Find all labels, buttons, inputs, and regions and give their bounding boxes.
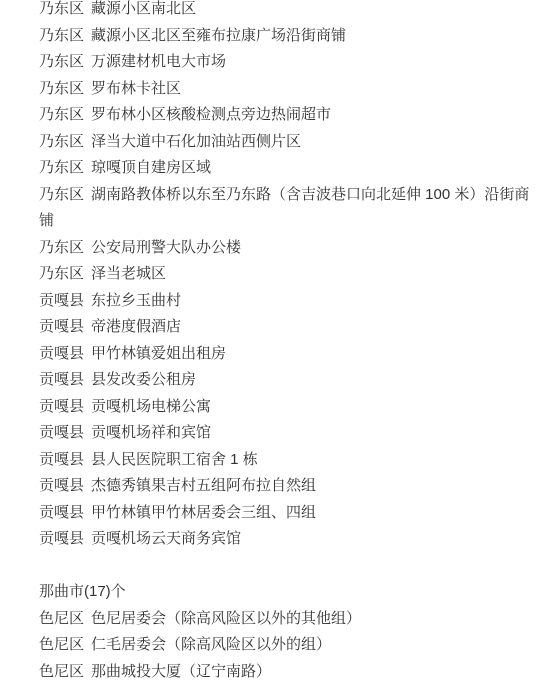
district-label: 贡嘎县 [39,318,84,335]
list-item: 乃东区藏源小区北区至雍布拉康广场沿街商铺 [39,23,540,50]
section-gap [39,553,540,580]
district-label: 乃东区 [39,106,84,123]
location-label: 杰德秀镇果吉村五组阿布拉自然组 [91,477,316,494]
district-label: 乃东区 [39,133,84,150]
list-item: 贡嘎县贡嘎机场电梯公寓 [39,394,540,421]
location-label: 贡嘎机场祥和宾馆 [91,424,211,441]
list-item: 乃东区泽当大道中石化加油站西侧片区 [39,129,540,156]
location-label: 色尼居委会（除高风险区以外的其他组） [91,610,361,627]
district-label: 贡嘎县 [39,371,84,388]
district-label: 乃东区 [39,53,84,70]
location-label: 县人民医院职工宿舍 1 栋 [91,451,258,468]
list-item: 乃东区湖南路教体桥以东至乃东路（含吉波巷口向北延伸 100 米）沿街商铺 [39,182,540,235]
location-label: 县发改委公租房 [91,371,196,388]
list-item: 贡嘎县贡嘎机场云天商务宾馆 [39,526,540,553]
list-item: 乃东区泽当老城区 [39,261,540,288]
list-item: 贡嘎县东拉乡玉曲村 [39,288,540,315]
list-item: 贡嘎县甲竹林镇爱姐出租房 [39,341,540,368]
nagqu-risk-list: 色尼区色尼居委会（除高风险区以外的其他组）色尼区仁毛居委会（除高风险区以外的组）… [39,606,540,686]
location-label: 琼嘎顶自建房区域 [91,159,211,176]
list-item: 贡嘎县甲竹林镇甲竹林居委会三组、四组 [39,500,540,527]
location-label: 罗布林小区核酸检测点旁边热闹超市 [91,106,331,123]
nagqu-section-header: 那曲市(17)个 [39,579,540,606]
list-item: 乃东区藏源小区南北区 [39,0,540,23]
list-item: 乃东区罗布林小区核酸检测点旁边热闹超市 [39,102,540,129]
location-label: 湖南路教体桥以东至乃东路（含吉波巷口向北延伸 100 米）沿街商铺 [39,186,529,230]
location-label: 东拉乡玉曲村 [91,292,181,309]
list-item: 乃东区琼嘎顶自建房区域 [39,155,540,182]
location-label: 贡嘎机场电梯公寓 [91,398,211,415]
district-label: 乃东区 [39,186,84,203]
district-label: 贡嘎县 [39,424,84,441]
list-item: 色尼区色尼居委会（除高风险区以外的其他组） [39,606,540,633]
location-label: 仁毛居委会（除高风险区以外的组） [91,636,331,653]
district-label: 贡嘎县 [39,530,84,547]
district-label: 贡嘎县 [39,477,84,494]
district-label: 乃东区 [39,265,84,282]
district-label: 色尼区 [39,636,84,653]
list-item: 贡嘎县杰德秀镇果吉村五组阿布拉自然组 [39,473,540,500]
location-label: 万源建材机电大市场 [91,53,226,70]
district-label: 贡嘎县 [39,398,84,415]
district-label: 乃东区 [39,239,84,256]
location-label: 甲竹林镇甲竹林居委会三组、四组 [91,504,316,521]
list-item: 贡嘎县贡嘎机场祥和宾馆 [39,420,540,447]
risk-area-notice-body: 乃东区藏源小区南北区乃东区藏源小区北区至雍布拉康广场沿街商铺乃东区万源建材机电大… [0,0,548,685]
location-label: 罗布林卡社区 [91,80,181,97]
list-item: 乃东区罗布林卡社区 [39,76,540,103]
shannan-risk-list: 乃东区藏源小区南北区乃东区藏源小区北区至雍布拉康广场沿街商铺乃东区万源建材机电大… [39,0,540,553]
district-label: 乃东区 [39,80,84,97]
district-label: 色尼区 [39,610,84,627]
location-label: 贡嘎机场云天商务宾馆 [91,530,241,547]
location-label: 公安局刑警大队办公楼 [91,239,241,256]
district-label: 色尼区 [39,663,84,680]
district-label: 乃东区 [39,27,84,44]
list-item: 贡嘎县县人民医院职工宿舍 1 栋 [39,447,540,474]
location-label: 藏源小区北区至雍布拉康广场沿街商铺 [91,27,346,44]
district-label: 贡嘎县 [39,292,84,309]
location-label: 藏源小区南北区 [91,0,196,17]
location-label: 泽当老城区 [91,265,166,282]
location-label: 甲竹林镇爱姐出租房 [91,345,226,362]
list-item: 色尼区那曲城投大厦（辽宁南路） [39,659,540,686]
list-item: 乃东区万源建材机电大市场 [39,49,540,76]
district-label: 乃东区 [39,159,84,176]
list-item: 色尼区仁毛居委会（除高风险区以外的组） [39,632,540,659]
district-label: 贡嘎县 [39,504,84,521]
location-label: 那曲城投大厦（辽宁南路） [91,663,271,680]
list-item: 贡嘎县帝港度假酒店 [39,314,540,341]
list-item: 乃东区公安局刑警大队办公楼 [39,235,540,262]
list-item: 贡嘎县县发改委公租房 [39,367,540,394]
location-label: 帝港度假酒店 [91,318,181,335]
district-label: 贡嘎县 [39,451,84,468]
district-label: 乃东区 [39,0,84,17]
location-label: 泽当大道中石化加油站西侧片区 [91,133,301,150]
district-label: 贡嘎县 [39,345,84,362]
